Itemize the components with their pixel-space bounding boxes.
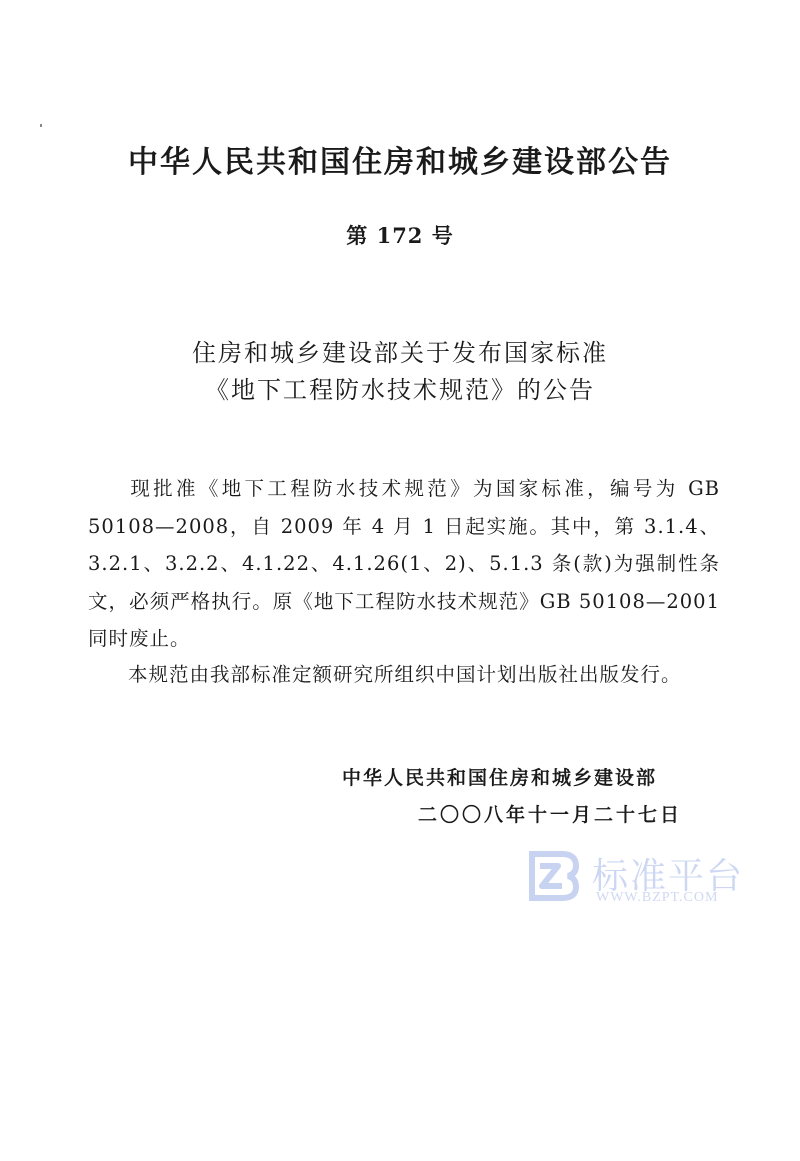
announcement-subtitle-line2: 《地下工程防水技术规范》的公告 [0, 370, 800, 405]
issue-date: 二〇〇八年十一月二十七日 [418, 800, 682, 827]
body-paragraph-2-text: 本规范由我部标准定额研究所组织中国计划出版社出版发行。 [128, 663, 682, 686]
bzpt-logo-icon [528, 850, 580, 902]
body-paragraph-1-text: 现批准《地下工程防水技术规范》为国家标准，编号为 GB 50108—2008，自… [88, 477, 720, 650]
body-paragraph-1: 现批准《地下工程防水技术规范》为国家标准，编号为 GB 50108—2008，自… [88, 470, 720, 658]
announcement-subtitle-line1: 住房和城乡建设部关于发布国家标准 [0, 333, 800, 368]
scan-speck [40, 124, 42, 127]
body-paragraph-2: 本规范由我部标准定额研究所组织中国计划出版社出版发行。 [88, 656, 720, 694]
issuer-signature: 中华人民共和国住房和城乡建设部 [342, 763, 657, 790]
announcement-title: 中华人民共和国住房和城乡建设部公告 [0, 137, 800, 181]
watermark-url: WWW.BZPT.COM [596, 890, 718, 906]
announcement-number: 第 172 号 [0, 220, 800, 250]
